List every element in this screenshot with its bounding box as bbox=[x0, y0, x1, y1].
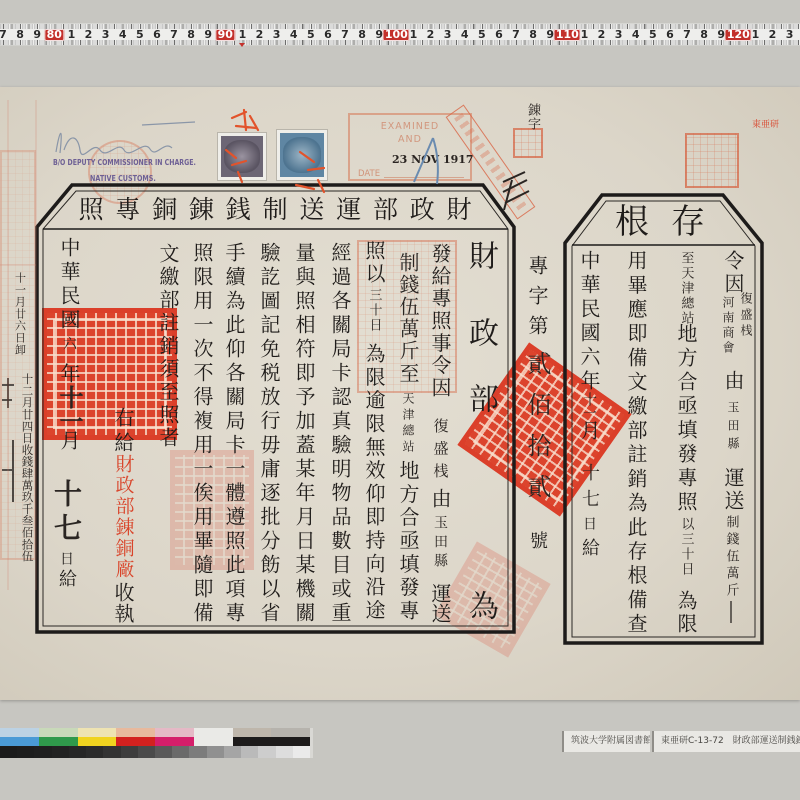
examined-date-label: DATE bbox=[358, 169, 380, 179]
color-patch bbox=[233, 737, 272, 746]
ruler-label: 5 bbox=[649, 29, 657, 41]
recipient-suffix: 收執 bbox=[113, 582, 133, 624]
seal-tab bbox=[513, 128, 543, 158]
gray-step-patch bbox=[224, 746, 242, 758]
ruler-label: 8 bbox=[16, 29, 24, 41]
color-patch bbox=[194, 737, 233, 746]
license-heading-char: 部 bbox=[465, 383, 495, 413]
measuring-ruler: 7898012345678990123456789100123456789110… bbox=[0, 23, 800, 46]
stub-date-year-suffix: 年 bbox=[579, 370, 599, 390]
stub-col1-text: 由 bbox=[723, 370, 743, 390]
revenue-stamp-purple bbox=[218, 133, 266, 180]
goods-quantity: 制錢伍萬斤 bbox=[398, 252, 418, 362]
ruler-label: 8 bbox=[187, 29, 195, 41]
ruler-label: 4 bbox=[632, 29, 640, 41]
license-col3-text: 為限逾限無效仰即持向沿途 bbox=[364, 343, 384, 623]
stub-date-month: 十一 bbox=[582, 392, 596, 420]
ruler-label: 4 bbox=[461, 29, 469, 41]
license-col9-text: 文繳部註銷須至照者 bbox=[158, 243, 178, 450]
license-date-year: 六 bbox=[62, 336, 76, 350]
ruler-label: 1 bbox=[410, 29, 418, 41]
stub-date-month-suffix: 月 bbox=[579, 420, 599, 440]
ruler-label: 8 bbox=[358, 29, 366, 41]
gray-step-patch bbox=[103, 746, 121, 758]
catalog-label: 東亜研C-13-72 財政部運送制銭錬銅専照・存 bbox=[652, 731, 800, 752]
ruler-label: 9 bbox=[204, 29, 212, 41]
color-patch bbox=[78, 728, 117, 737]
customs-stamp-line2: NATIVE CUSTOMS. bbox=[90, 174, 156, 183]
color-patch bbox=[271, 737, 310, 746]
stub-merchant-name: 復盛桟 bbox=[740, 292, 752, 340]
stub-date-era: 中華民國 bbox=[579, 250, 599, 346]
ruler-label: 3 bbox=[444, 29, 452, 41]
stub-col1-text: 運送 bbox=[723, 467, 743, 513]
serial-suffix: 號 bbox=[528, 531, 546, 549]
license-col2-text: 至 bbox=[398, 363, 418, 383]
license-col3-text: 照以 bbox=[364, 240, 384, 286]
stamp-vignette bbox=[283, 137, 321, 173]
ruler-decade-label: 120 bbox=[725, 29, 752, 41]
ruler-label: 6 bbox=[324, 29, 332, 41]
stub-origin-county: 玉田縣 bbox=[727, 401, 739, 455]
ruler-label: 2 bbox=[427, 29, 435, 41]
gray-step-patch bbox=[121, 746, 139, 758]
serial-prefix: 專字第 bbox=[527, 255, 547, 345]
ruler-label: 7 bbox=[683, 29, 691, 41]
ruler-label: 3 bbox=[102, 29, 110, 41]
gray-step-patch bbox=[138, 746, 156, 758]
ruler-label: 3 bbox=[273, 29, 281, 41]
license-date-month-suffix: 月 bbox=[59, 430, 79, 450]
color-patch bbox=[78, 737, 117, 746]
ruler-label: 8 bbox=[529, 29, 537, 41]
stub-chamber-name: 河南商會 bbox=[722, 296, 734, 356]
stub-validity-days: 以三十日 bbox=[680, 517, 693, 577]
license-heading-char: 為 bbox=[465, 590, 495, 620]
ruler-label: 5 bbox=[136, 29, 144, 41]
license-date-month: 十一 bbox=[57, 385, 81, 433]
gray-step-patch bbox=[258, 746, 276, 758]
ruler-label: 1 bbox=[752, 29, 760, 41]
color-calibration-chart bbox=[0, 728, 313, 758]
stub-destination: 至天津總站 bbox=[680, 251, 693, 326]
ruler-label: 4 bbox=[119, 29, 127, 41]
gray-step-patch bbox=[52, 746, 70, 758]
gray-step-patch bbox=[69, 746, 87, 758]
ruler-decade-label: 110 bbox=[554, 29, 581, 41]
examined-date: 23 NOV 1917 bbox=[392, 153, 474, 166]
serial-number: 貳佰拾貳 bbox=[525, 351, 549, 515]
license-col1-text: 由 bbox=[430, 488, 450, 508]
ruler-label: 7 bbox=[170, 29, 178, 41]
license-col6-text: 驗訖圖記免税放行毋庸逐批分飭以省 bbox=[259, 242, 279, 626]
validity-days: 三十日 bbox=[368, 288, 381, 333]
examined-stamp-line2: AND bbox=[350, 134, 470, 145]
color-patch bbox=[0, 728, 39, 737]
ruler-label: 7 bbox=[341, 29, 349, 41]
seal-top-right bbox=[685, 133, 739, 188]
gray-step-patch bbox=[86, 746, 104, 758]
gray-step-patch bbox=[293, 746, 311, 758]
color-patch bbox=[271, 728, 310, 737]
ruler-label: 3 bbox=[615, 29, 623, 41]
license-col8-text: 照限用一次不得複用一俟用畢隨即備 bbox=[192, 242, 212, 626]
license-col4-text: 經過各關局卡認真驗明物品數目或重 bbox=[330, 242, 350, 626]
ruler-marker-icon bbox=[239, 43, 245, 47]
ruler-label: 2 bbox=[598, 29, 606, 41]
gray-step-patch bbox=[0, 746, 18, 758]
ruler-label: 2 bbox=[85, 29, 93, 41]
margin-note: 十一月廿六日卸 bbox=[15, 272, 26, 356]
color-patch bbox=[233, 728, 272, 737]
gray-step-patch bbox=[189, 746, 207, 758]
license-date-day-suffix: 日 bbox=[59, 551, 73, 565]
stub-col1-text: 令因 bbox=[723, 250, 743, 296]
gray-step-patch bbox=[34, 746, 52, 758]
stub-date-day: 十七 bbox=[580, 463, 598, 515]
stub-col2-text: 為限 bbox=[676, 590, 696, 636]
license-date-day: 十七 bbox=[52, 479, 80, 547]
license-date-era: 中華民國 bbox=[59, 237, 79, 333]
gray-step-patch bbox=[17, 746, 35, 758]
margin-note: 十二月廿四日收錢肆萬玖千叁佰拾伍 bbox=[21, 373, 33, 562]
tab-label: 錬字 bbox=[526, 103, 539, 131]
stamp-vignette bbox=[224, 140, 260, 173]
stub-title-char: 存 bbox=[671, 205, 705, 239]
color-patch bbox=[116, 728, 155, 737]
license-col5-text: 量與照相符即予加蓋某年月日某機關 bbox=[294, 242, 314, 626]
ruler-label: 5 bbox=[478, 29, 486, 41]
ruler-decade-label: 80 bbox=[45, 29, 64, 41]
ruler-label: 1 bbox=[239, 29, 247, 41]
ruler-label: 9 bbox=[33, 29, 41, 41]
revenue-stamp-blue bbox=[277, 130, 327, 180]
recipient-name: 財政部錬銅廠 bbox=[114, 454, 133, 580]
ruler-label: 6 bbox=[666, 29, 674, 41]
gray-step-patch bbox=[155, 746, 173, 758]
stub-col2-text: 地方合亟填發專照 bbox=[676, 323, 696, 515]
color-patch bbox=[39, 728, 78, 737]
recipient-prefix: 右給 bbox=[113, 407, 133, 457]
stub-date-year: 六 bbox=[579, 346, 599, 366]
license-title: 財政部運送制銭錬銅專照 bbox=[76, 197, 486, 223]
stub-col3-text: 用畢應即備文繳部註銷為此存根備查 bbox=[626, 250, 646, 637]
color-patch bbox=[194, 728, 233, 737]
origin-county: 玉田縣 bbox=[433, 515, 447, 572]
ruler-decade-label: 100 bbox=[383, 29, 410, 41]
gray-step-patch bbox=[172, 746, 190, 758]
merchant-name: 復盛桟 bbox=[433, 418, 448, 486]
library-label: 筑波大学附属図書館 bbox=[562, 731, 650, 752]
stub-date-issued: 給 bbox=[580, 538, 598, 556]
ruler-label: 8 bbox=[700, 29, 708, 41]
examined-date-line bbox=[384, 177, 464, 178]
ruler-label: 1 bbox=[581, 29, 589, 41]
gray-step-patch bbox=[241, 746, 259, 758]
ruler-label: 2 bbox=[769, 29, 777, 41]
gray-step-patch bbox=[276, 746, 294, 758]
color-patch bbox=[155, 737, 194, 746]
ruler-label: 5 bbox=[307, 29, 315, 41]
collection-mark: 東亜研 bbox=[752, 117, 779, 130]
color-patch bbox=[155, 728, 194, 737]
destination: 天津總站 bbox=[402, 392, 414, 456]
license-col1-text: 運送 bbox=[430, 583, 450, 623]
ruler-label: 6 bbox=[495, 29, 503, 41]
ruler-label: 7 bbox=[512, 29, 520, 41]
ruler-label: 6 bbox=[153, 29, 161, 41]
customs-stamp-line1: B/O DEPUTY COMMISSIONER IN CHARGE. bbox=[53, 158, 196, 167]
license-heading-char: 政 bbox=[465, 317, 495, 347]
stub-date-day-suffix: 日 bbox=[582, 516, 596, 530]
license-date-year-suffix: 年 bbox=[59, 363, 79, 383]
license-col7-text: 手續為此仰各關局卡一體遵照此項專 bbox=[224, 242, 244, 626]
ruler-label: 7 bbox=[0, 29, 7, 41]
license-col2-text: 地方合亟填發專 bbox=[398, 460, 418, 623]
ruler-label: 3 bbox=[786, 29, 794, 41]
ruler-decade-label: 90 bbox=[216, 29, 235, 41]
color-patch bbox=[116, 737, 155, 746]
ruler-label: 4 bbox=[290, 29, 298, 41]
license-date-issued: 給 bbox=[57, 569, 75, 587]
color-patch bbox=[0, 737, 39, 746]
gray-step-patch bbox=[207, 746, 225, 758]
color-patch bbox=[39, 737, 78, 746]
stub-title-char: 根 bbox=[615, 205, 649, 239]
license-col1-text: 發給專照事令因 bbox=[430, 243, 450, 399]
license-heading-char: 財 bbox=[465, 240, 495, 270]
ruler-label: 1 bbox=[68, 29, 76, 41]
ruler-label: 2 bbox=[256, 29, 264, 41]
stub-goods-quantity: 制錢伍萬斤 bbox=[725, 515, 738, 600]
